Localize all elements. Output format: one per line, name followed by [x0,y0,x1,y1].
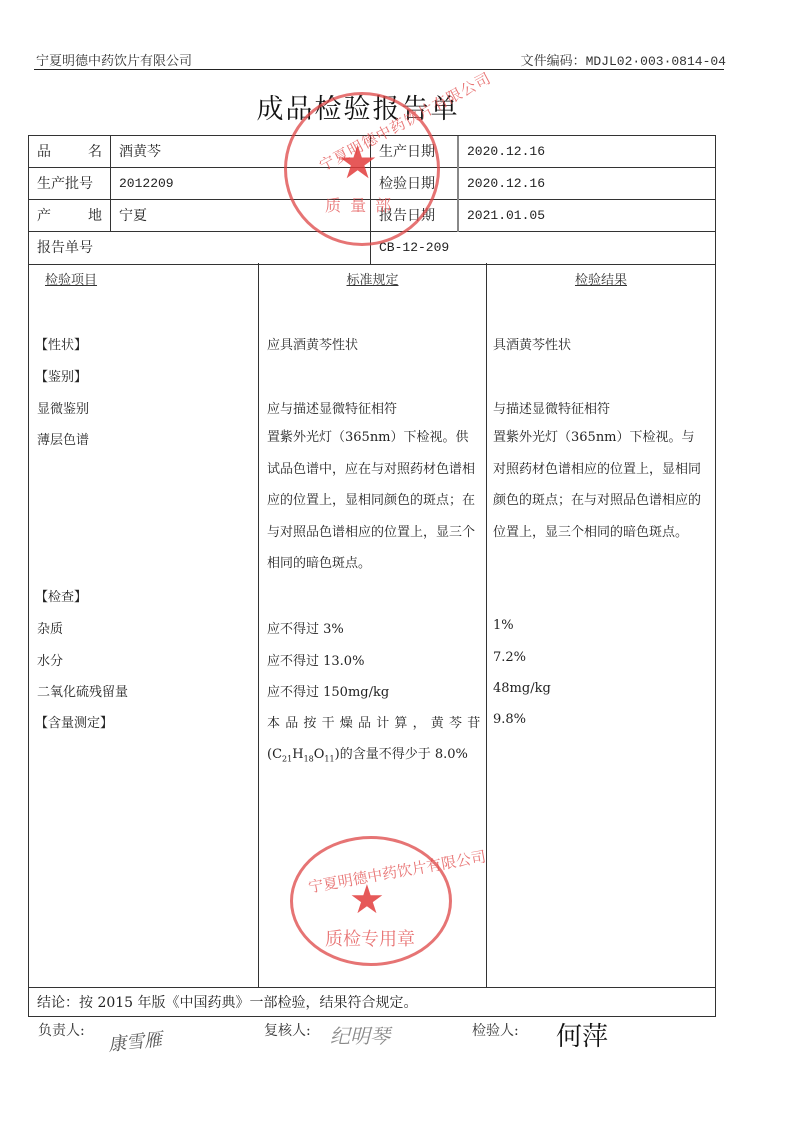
reviewer-label: 复核人: [264,1020,311,1040]
standard-so2: 应不得过 150mg/kg [267,681,389,700]
formula-c: C [272,747,282,762]
result-xingzhuang: 具酒黄芩性状 [493,334,571,353]
inspector-label: 检验人: [472,1020,519,1040]
standard-hanliang-line2: (C21H18O11)的含量不得少于 8.0% [267,743,468,764]
standard-xingzhuang: 应具酒黄芩性状 [267,334,358,353]
label-char: 产 [37,200,51,232]
standard-shuifen: 应不得过 13.0% [267,650,364,669]
test-date-value: 2020.12.16 [459,168,715,200]
column-header-standard: 标准规定 [259,269,486,288]
formula-o: O [314,747,325,762]
result-zazhi: 1% [493,618,514,633]
quality-dept-stamp: 宁夏明德中药饮片有限公司 ★ 质 量 部 [284,92,440,246]
standard-zazhi: 应不得过 3% [267,618,344,637]
stamp-center-text: 质 量 部 [325,193,393,216]
result-bocheng: 置紫外光灯（365nm）下检视。与对照药材色谱相应的位置上，显相同颜色的斑点；在… [493,422,707,548]
column-header-result: 检验结果 [487,269,715,288]
standard-hanliang-line1: 本品按干燥品计算，黄芩苷 [267,712,485,731]
batch-label: 生产批号 [29,168,111,200]
result-xianwei: 与描述显微特征相符 [493,398,610,417]
report-date-value: 2021.01.05 [459,200,715,232]
qc-seal-stamp: 宁夏明德中药饮片有限公司 ★ 质检专用章 [290,836,452,966]
product-name-label: 品 名 [29,136,111,168]
item-xingzhuang: 【性状】 [35,334,87,353]
stamp-center-text: 质检专用章 [325,925,415,951]
column-result: 检验结果 具酒黄芩性状 与描述显微特征相符 置紫外光灯（365nm）下检视。与对… [487,263,715,987]
result-hanliang: 9.8% [493,712,526,727]
item-xianwei: 显微鉴别 [37,398,89,417]
column-item: 检验项目 【性状】 【鉴别】 显微鉴别 薄层色谱 【检查】 杂质 水分 二氧化硫… [29,263,259,987]
item-hanliang: 【含量测定】 [35,712,113,731]
origin-label: 产 地 [29,200,111,232]
formula-h: H [292,747,303,762]
item-zazhi: 杂质 [37,618,63,637]
formula-h-sub: 18 [304,755,314,764]
formula-c-sub: 21 [282,755,292,764]
item-jianbie: 【鉴别】 [35,366,87,385]
document-code: 文件编码：MDJL02·003·0814-04 [521,50,726,69]
prod-date-value: 2020.12.16 [459,136,715,168]
company-name: 宁夏明德中药饮片有限公司 [36,50,192,69]
formula-suffix: 的含量不得少于 8.0% [340,747,468,762]
item-bocheng: 薄层色谱 [37,429,89,448]
label-char: 品 [37,136,51,168]
conclusion-box: 结论：按 2015 年版《中国药典》一部检验，结果符合规定。 [28,987,716,1017]
item-shuifen: 水分 [37,650,63,669]
standard-xianwei: 应与描述显微特征相符 [267,398,397,417]
column-header-item: 检验项目 [45,269,97,288]
label-char: 名 [88,136,102,168]
formula-o-sub: 11 [324,755,334,764]
report-no-value: CB-12-209 [371,232,715,264]
reviewer-signature: 纪明琴 [330,1020,390,1049]
responsible-signature: 康雪雁 [107,1025,163,1057]
header-divider [34,69,724,70]
responsible-label: 负责人: [38,1020,85,1040]
star-icon: ★ [337,135,378,189]
result-shuifen: 7.2% [493,650,526,665]
star-icon: ★ [349,877,385,923]
item-jiancha: 【检查】 [35,586,87,605]
report-no-label: 报告单号 [29,232,371,264]
conclusion-text: 结论：按 2015 年版《中国药典》一部检验，结果符合规定。 [37,992,418,1012]
result-so2: 48mg/kg [493,681,551,696]
item-so2: 二氧化硫残留量 [37,681,128,700]
label-char: 地 [88,200,102,232]
standard-bocheng: 置紫外光灯（365nm）下检视。供试品色谱中，应在与对照药材色谱相应的位置上，显… [267,422,481,580]
inspector-signature: 何萍 [556,1016,608,1053]
